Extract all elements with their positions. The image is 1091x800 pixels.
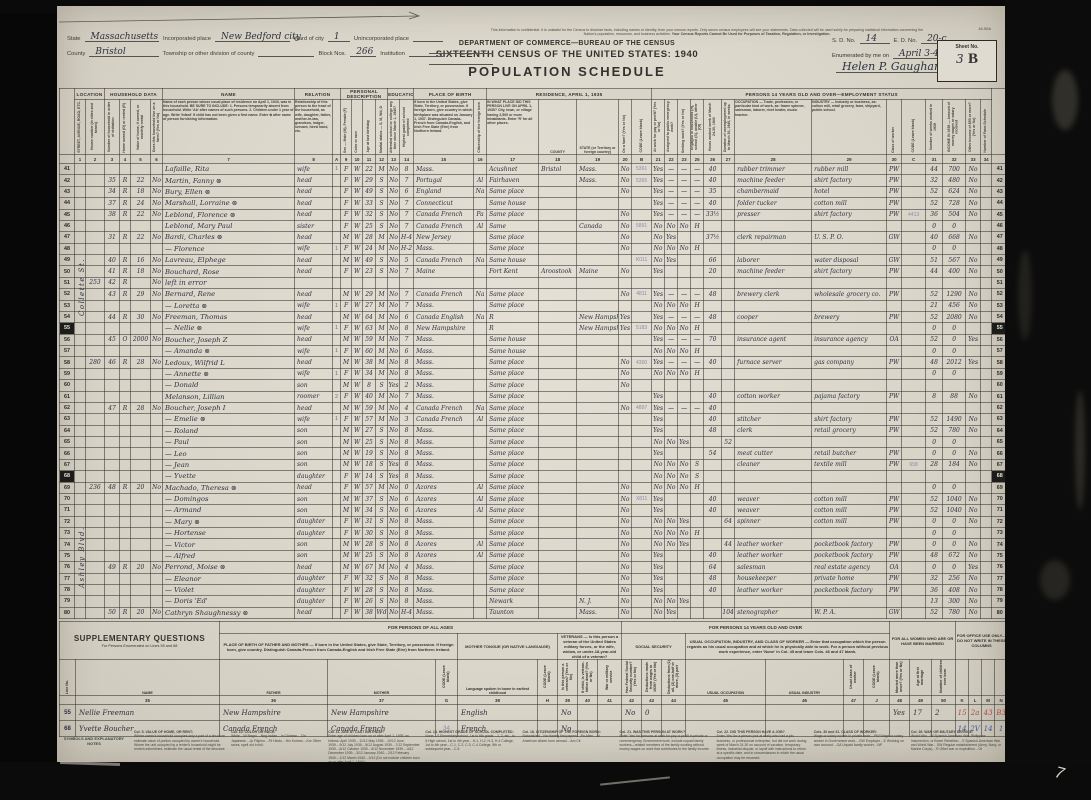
cell-rf: No bbox=[619, 289, 632, 300]
cell-ind bbox=[812, 243, 887, 254]
cell-hh: 42 bbox=[105, 277, 120, 288]
column-description: Engaged in housework (H), school (S), un… bbox=[691, 100, 704, 155]
cell-e3: — bbox=[678, 164, 691, 175]
cell-farm: No bbox=[151, 186, 163, 197]
cell-ind: private home bbox=[812, 573, 887, 584]
column-number: 23 bbox=[678, 155, 691, 164]
cell-code: 4811 bbox=[632, 289, 652, 300]
table-row: 64— RolandsonMW27SNo8Mass.Same placeYes4… bbox=[60, 425, 1008, 436]
cell-e2: — bbox=[665, 186, 678, 197]
cell-rs: Mass. bbox=[577, 607, 619, 618]
cell-rc: Same place bbox=[487, 380, 539, 391]
cell-hrs: 48 bbox=[704, 311, 722, 322]
cell-code bbox=[632, 300, 652, 311]
cell-ind bbox=[812, 323, 887, 334]
table-row: 4437R24NoMarshall, Lorraine ⊗headFW33SNo… bbox=[60, 198, 1008, 209]
cell-oth: No bbox=[966, 459, 981, 470]
cell-mar: S bbox=[376, 505, 388, 516]
cell-e3: No bbox=[678, 471, 691, 482]
cell-occ: stitcher bbox=[735, 414, 812, 425]
cell-ten bbox=[120, 573, 131, 584]
cell-rs: Canada bbox=[577, 220, 619, 231]
cell-ln: 55 bbox=[60, 323, 75, 334]
cell-ten: R bbox=[120, 402, 131, 413]
cell-rs bbox=[577, 255, 619, 266]
cell-hh bbox=[105, 448, 120, 459]
cell-rco: Aroostook bbox=[539, 266, 577, 277]
cell-age: 40 bbox=[363, 391, 376, 402]
cell-age: 14 bbox=[363, 471, 376, 482]
column-description: IN WHAT PLACE DID THIS PERSON LIVE ON AP… bbox=[487, 100, 539, 155]
cell-code2 bbox=[902, 323, 926, 334]
cell-age: 49 bbox=[363, 186, 376, 197]
cell-e4: H bbox=[691, 528, 704, 539]
cell-farm bbox=[151, 448, 163, 459]
cell-occ bbox=[735, 243, 812, 254]
institution-field bbox=[409, 56, 443, 57]
cell-e3: Yes bbox=[678, 596, 691, 607]
cell-rf: No bbox=[619, 482, 632, 493]
cell-rel: head bbox=[295, 357, 333, 368]
cell-e2 bbox=[665, 277, 678, 288]
cell-sch: No bbox=[388, 175, 400, 186]
cell-hh: 45 bbox=[105, 334, 120, 345]
cell-sch: Yes bbox=[388, 471, 400, 482]
cell-ln: 59 bbox=[60, 368, 75, 379]
cell-mar: S bbox=[376, 550, 388, 561]
cell-oth: No bbox=[966, 414, 981, 425]
cell-e1: No bbox=[652, 596, 665, 607]
cell-ten: R bbox=[120, 232, 131, 243]
cell-e3 bbox=[678, 414, 691, 425]
explanatory-note: Col. 16. CITIZENSHIP OF THE FOREIGN BORN… bbox=[522, 730, 614, 764]
cell-pob: Canada French bbox=[414, 220, 474, 231]
cell-house bbox=[86, 391, 105, 402]
table-row: 46Leblond, Mary PaulsisterFW25SNo7Canada… bbox=[60, 220, 1008, 231]
cell-e4: — bbox=[691, 357, 704, 368]
cell-val bbox=[131, 596, 151, 607]
cell-rc: R bbox=[487, 323, 539, 334]
cell-rco bbox=[539, 459, 577, 470]
cell-e4: — bbox=[691, 311, 704, 322]
cell-race: W bbox=[352, 607, 363, 618]
cell-occ: stenographer bbox=[735, 607, 812, 618]
cell-sch: No bbox=[388, 289, 400, 300]
cell-blank bbox=[981, 459, 992, 470]
cell-blank bbox=[981, 357, 992, 368]
supp-column-label bbox=[956, 660, 969, 696]
column-group-header bbox=[60, 89, 75, 155]
cell-sch: No bbox=[388, 482, 400, 493]
supp-column-number: 48 bbox=[890, 696, 910, 705]
population-schedule-table-wrap: LOCATIONHOUSEHOLD DATANAMERELATIONPERSON… bbox=[59, 88, 1003, 619]
cell-e3: — bbox=[678, 186, 691, 197]
table-row: 6247R28NoBoucher, Joseph IheadMW59MNo4Ca… bbox=[60, 402, 1008, 413]
cell-e4: — bbox=[691, 164, 704, 175]
cell-code2 bbox=[902, 232, 926, 243]
cell-oth bbox=[966, 368, 981, 379]
cell-code bbox=[632, 414, 652, 425]
cell-rf: No bbox=[619, 607, 632, 618]
cell-house bbox=[86, 573, 105, 584]
cell-age: 27 bbox=[363, 300, 376, 311]
cell-occ: brewery clerk bbox=[735, 289, 812, 300]
cell-farm: No bbox=[151, 562, 163, 573]
column-group-header: RESIDENCE, APRIL 1, 1935 bbox=[487, 89, 652, 100]
cell-ln: 71 bbox=[60, 505, 75, 516]
cell-blank bbox=[981, 164, 992, 175]
cell-dur bbox=[722, 459, 735, 470]
cell-hrs bbox=[704, 368, 722, 379]
cell-x bbox=[333, 209, 341, 220]
cell-rc: Same place bbox=[487, 584, 539, 595]
cell-house bbox=[86, 437, 105, 448]
column-number: 29 bbox=[812, 155, 887, 164]
cell-rco bbox=[539, 391, 577, 402]
cell-rco bbox=[539, 573, 577, 584]
cell-ln: 77 bbox=[60, 573, 75, 584]
cell-occ bbox=[735, 402, 812, 413]
cell-wks: 52 bbox=[926, 607, 943, 618]
cell-hrs bbox=[704, 243, 722, 254]
cell-wage: 672 bbox=[943, 550, 966, 561]
cell-pob bbox=[414, 277, 474, 288]
cell-name: Bardi, Charles ⊗ bbox=[163, 232, 295, 243]
cell-occ: insurance agent bbox=[735, 334, 812, 345]
cell-cit bbox=[474, 596, 487, 607]
cell-rf: No bbox=[619, 357, 632, 368]
cell-ten: R bbox=[120, 209, 131, 220]
cell-name: — Annette ⊗ bbox=[163, 368, 295, 379]
cell-farm bbox=[151, 425, 163, 436]
cell-rs bbox=[577, 448, 619, 459]
cell-code2 bbox=[902, 164, 926, 175]
cell-code bbox=[632, 471, 652, 482]
cell-dur bbox=[722, 391, 735, 402]
cell-cls bbox=[887, 437, 902, 448]
cell-sex: F bbox=[341, 243, 352, 254]
cell-sch: No bbox=[388, 186, 400, 197]
cell-wks bbox=[926, 402, 943, 413]
supp-column-number: 40 bbox=[578, 696, 598, 705]
cell-house bbox=[86, 186, 105, 197]
table-row: 59— Annette ⊗wife1FW34MNo8Mass.Same plac… bbox=[60, 368, 1008, 379]
cell-x bbox=[333, 459, 341, 470]
cell-dur bbox=[722, 300, 735, 311]
cell-name: Ledoux, Wilfrid L bbox=[163, 357, 295, 368]
cell-house bbox=[86, 584, 105, 595]
cell-grade: 7 bbox=[400, 266, 414, 277]
cell-e4 bbox=[691, 607, 704, 618]
supp-cell: Nellie Freeman bbox=[76, 705, 220, 721]
cell-rco bbox=[539, 505, 577, 516]
cell-house bbox=[86, 607, 105, 618]
supp-column-label: CODE (Leave blank) bbox=[538, 660, 558, 696]
column-description: Name of each person whose usual place of… bbox=[163, 100, 295, 155]
cell-wks: 52 bbox=[926, 198, 943, 209]
enumerated-label: Enumerated by me on bbox=[832, 53, 889, 59]
cell-x bbox=[333, 289, 341, 300]
cell-rs bbox=[577, 539, 619, 550]
cell-oth bbox=[966, 277, 981, 288]
cell-e1: No bbox=[652, 368, 665, 379]
table-row: 4940R16NoLavreau, ElphegeheadMW49SNo5Can… bbox=[60, 255, 1008, 266]
explanatory-note: Cols. 30 and 31. CLASS OF WORKER:Wage or… bbox=[814, 730, 906, 764]
table-row: 48— Florencewife1FW24MNoH-2Mass.Same pla… bbox=[60, 243, 1008, 254]
column-description: Number of weeks worked in 1939 bbox=[926, 100, 943, 155]
cell-val: 18 bbox=[131, 266, 151, 277]
cell-ind bbox=[812, 482, 887, 493]
cell-mar: S bbox=[376, 459, 388, 470]
cell-cls: PW bbox=[887, 493, 902, 504]
cell-wks: 36 bbox=[926, 584, 943, 595]
cell-code bbox=[632, 528, 652, 539]
cell-rc: Same place bbox=[487, 493, 539, 504]
cell-race: W bbox=[352, 471, 363, 482]
table-row: 61Melanson, Lillianroomer2FW40MNo7Mass.S… bbox=[60, 391, 1008, 402]
cell-house bbox=[86, 425, 105, 436]
cell-rf: No bbox=[619, 596, 632, 607]
cell-grade bbox=[400, 277, 414, 288]
cell-e1: No bbox=[652, 437, 665, 448]
supplementary-questions-wrap: SUPPLEMENTARY QUESTIONSFor Persons Enume… bbox=[59, 621, 1003, 737]
cell-code2 bbox=[902, 300, 926, 311]
cell-code: X811 bbox=[632, 493, 652, 504]
cell-e1: Yes bbox=[652, 289, 665, 300]
cell-dur bbox=[722, 471, 735, 482]
cell-e4 bbox=[691, 277, 704, 288]
cell-code bbox=[632, 277, 652, 288]
cell-x bbox=[333, 493, 341, 504]
supp-column-number: 38 bbox=[458, 696, 538, 705]
table-row: 5645O2000NoBoucher, Joseph ZheadMW59MNo7… bbox=[60, 334, 1008, 345]
cell-occ: cooper bbox=[735, 311, 812, 322]
supp-column-label: CODE (Leave blank) bbox=[864, 660, 890, 696]
cell-rco bbox=[539, 300, 577, 311]
cell-rs bbox=[577, 289, 619, 300]
cell-ind: shirt factory bbox=[812, 175, 887, 186]
supp-cell: 2a bbox=[969, 705, 982, 721]
cell-farm bbox=[151, 391, 163, 402]
supp-column-label: Language spoken in home in earliest chil… bbox=[458, 660, 538, 696]
cell-pob: Mass. bbox=[414, 448, 474, 459]
cell-cls bbox=[887, 323, 902, 334]
cell-ind: shirt factory bbox=[812, 414, 887, 425]
cell-code2 bbox=[902, 255, 926, 266]
cell-mar: S bbox=[376, 380, 388, 391]
cell-oth: No bbox=[966, 596, 981, 607]
table-row: 79— Doris 'Ed'daughterFW26SNo8Mass.Newar… bbox=[60, 596, 1008, 607]
cell-mar bbox=[376, 277, 388, 288]
cell-val: 22 bbox=[131, 209, 151, 220]
table-row: 5125342RNoleft in error51 bbox=[60, 277, 1008, 288]
cell-grade: 8 bbox=[400, 357, 414, 368]
cell-code bbox=[632, 482, 652, 493]
cell-x: 1 bbox=[333, 368, 341, 379]
cell-rco bbox=[539, 448, 577, 459]
cell-wage: 567 bbox=[943, 255, 966, 266]
cell-code: 5361 bbox=[632, 164, 652, 175]
cell-ind: cotton mill bbox=[812, 493, 887, 504]
cell-cls bbox=[887, 596, 902, 607]
cell-hh bbox=[105, 493, 120, 504]
cell-wks: 52 bbox=[926, 311, 943, 322]
cell-pob: Mass. bbox=[414, 528, 474, 539]
cell-e1: No bbox=[652, 516, 665, 527]
cell-e3: — bbox=[678, 357, 691, 368]
cell-rco bbox=[539, 425, 577, 436]
cell-wage: 780 bbox=[943, 607, 966, 618]
column-description: Number of Farm Schedule bbox=[981, 100, 992, 155]
cell-cit bbox=[474, 380, 487, 391]
cell-rc: Same place bbox=[487, 186, 539, 197]
cell-ind bbox=[812, 277, 887, 288]
cell-mar: M bbox=[376, 300, 388, 311]
column-description: Does this household live on a farm? (Yes… bbox=[151, 100, 163, 155]
cell-wage: 300 bbox=[943, 596, 966, 607]
cell-cit bbox=[474, 357, 487, 368]
cell-cit: Al bbox=[474, 175, 487, 186]
cell-name: Bouchard, Rose bbox=[163, 266, 295, 277]
cell-ln: 62 bbox=[60, 402, 75, 413]
cell-age: 26 bbox=[363, 596, 376, 607]
cell-race: W bbox=[352, 198, 363, 209]
cell-occ: cleaner bbox=[735, 459, 812, 470]
column-description: INCOME IN 1939 — Amount of money wages o… bbox=[943, 100, 966, 155]
cell-val bbox=[131, 346, 151, 357]
scan-artifact bbox=[1040, 560, 1070, 600]
cell-race: W bbox=[352, 505, 363, 516]
cell-wks: 48 bbox=[926, 357, 943, 368]
cell-hrs: 40 bbox=[704, 198, 722, 209]
column-number: 17 bbox=[487, 155, 539, 164]
cell-house bbox=[86, 266, 105, 277]
cell-name: — Mary ⊗ bbox=[163, 516, 295, 527]
cell-age bbox=[363, 277, 376, 288]
cell-hh bbox=[105, 505, 120, 516]
cell-rf: No bbox=[619, 186, 632, 197]
cell-pob: New Hampshire bbox=[414, 323, 474, 334]
cell-e4 bbox=[691, 505, 704, 516]
cell-e2: Yes bbox=[665, 255, 678, 266]
cell-farm bbox=[151, 493, 163, 504]
cell-house bbox=[86, 289, 105, 300]
cell-rs bbox=[577, 391, 619, 402]
cell-ten bbox=[120, 220, 131, 231]
cell-house: 280 bbox=[86, 357, 105, 368]
cell-rco bbox=[539, 516, 577, 527]
cell-sex: M bbox=[341, 255, 352, 266]
cell-hrs: 48 bbox=[704, 573, 722, 584]
cell-wage: 780 bbox=[943, 425, 966, 436]
cell-mar: M bbox=[376, 562, 388, 573]
cell-hrs: 40 bbox=[704, 414, 722, 425]
cell-code: 5365 bbox=[632, 175, 652, 186]
cell-e1: Yes bbox=[652, 334, 665, 345]
form-number: 16-90A bbox=[978, 26, 991, 31]
cell-mar: S bbox=[376, 596, 388, 607]
cell-e4: H bbox=[691, 300, 704, 311]
cell-hrs bbox=[704, 471, 722, 482]
cell-e1: No bbox=[652, 607, 665, 618]
cell-e2: — bbox=[665, 209, 678, 220]
cell-sch: No bbox=[388, 243, 400, 254]
supp-column-number: H bbox=[538, 696, 558, 705]
cell-rs bbox=[577, 550, 619, 561]
table-row: 41Lafaille, Ritawife1FW22MNo8Mass.Acushn… bbox=[60, 164, 1008, 175]
cell-val bbox=[131, 164, 151, 175]
cell-mar: S bbox=[376, 539, 388, 550]
cell-x bbox=[333, 311, 341, 322]
cell-ln: 42 bbox=[60, 175, 75, 186]
cell-sch: No bbox=[388, 255, 400, 266]
cell-wage: 624 bbox=[943, 186, 966, 197]
cell-pob: Mass. bbox=[414, 437, 474, 448]
cell-pob: Connecticut bbox=[414, 198, 474, 209]
cell-occ bbox=[735, 323, 812, 334]
cell-name: Bernard, Rene bbox=[163, 289, 295, 300]
cell-wks: 0 bbox=[926, 346, 943, 357]
cell-mar: M bbox=[376, 402, 388, 413]
cell-wage: 1290 bbox=[943, 289, 966, 300]
cell-rc: Same place bbox=[487, 482, 539, 493]
cell-blank bbox=[981, 346, 992, 357]
cell-rc: R bbox=[487, 311, 539, 322]
cell-rel: head bbox=[295, 607, 333, 618]
cell-mar: S bbox=[376, 266, 388, 277]
cell-blank bbox=[75, 596, 86, 607]
cell-cls: GW bbox=[887, 232, 902, 243]
cell-hrs: 40 bbox=[704, 391, 722, 402]
cell-rel: head bbox=[295, 175, 333, 186]
cell-e1: No bbox=[652, 323, 665, 334]
cell-race: W bbox=[352, 425, 363, 436]
cell-cit bbox=[474, 391, 487, 402]
cell-code2 bbox=[902, 448, 926, 459]
incorporated-place-field: New Bedford city bbox=[215, 41, 289, 42]
cell-mar: M bbox=[376, 323, 388, 334]
supp-column-number: 42 bbox=[622, 696, 642, 705]
cell-wks: 21 bbox=[926, 300, 943, 311]
cell-e1: No bbox=[652, 471, 665, 482]
cell-dur bbox=[722, 255, 735, 266]
cell-e4 bbox=[691, 516, 704, 527]
cell-occ: laborer bbox=[735, 255, 812, 266]
cell-code bbox=[632, 391, 652, 402]
cell-wks: 0 bbox=[926, 448, 943, 459]
supp-cell: 17 bbox=[910, 705, 932, 721]
supp-cell bbox=[844, 705, 864, 721]
column-number: 10 bbox=[352, 155, 363, 164]
cell-ind bbox=[812, 346, 887, 357]
explanatory-note: Col. 10. COLOR OR RACE:White....W Negro.… bbox=[231, 730, 323, 764]
cell-sex: M bbox=[341, 232, 352, 243]
cell-e1: Yes bbox=[652, 391, 665, 402]
cell-e3: No bbox=[678, 220, 691, 231]
cell-e3 bbox=[678, 266, 691, 277]
cell-oth bbox=[966, 346, 981, 357]
cell-rc: Same house bbox=[487, 346, 539, 357]
cell-age: 67 bbox=[363, 562, 376, 573]
cell-dur bbox=[722, 425, 735, 436]
cell-hrs: 40 bbox=[704, 164, 722, 175]
column-number: A bbox=[333, 155, 341, 164]
cell-ln: 52 bbox=[60, 289, 75, 300]
cell-code bbox=[632, 198, 652, 209]
supp-column-number: 47 bbox=[844, 696, 864, 705]
column-description: Duration of unemployment up to March 30,… bbox=[722, 100, 735, 155]
cell-e4 bbox=[691, 448, 704, 459]
